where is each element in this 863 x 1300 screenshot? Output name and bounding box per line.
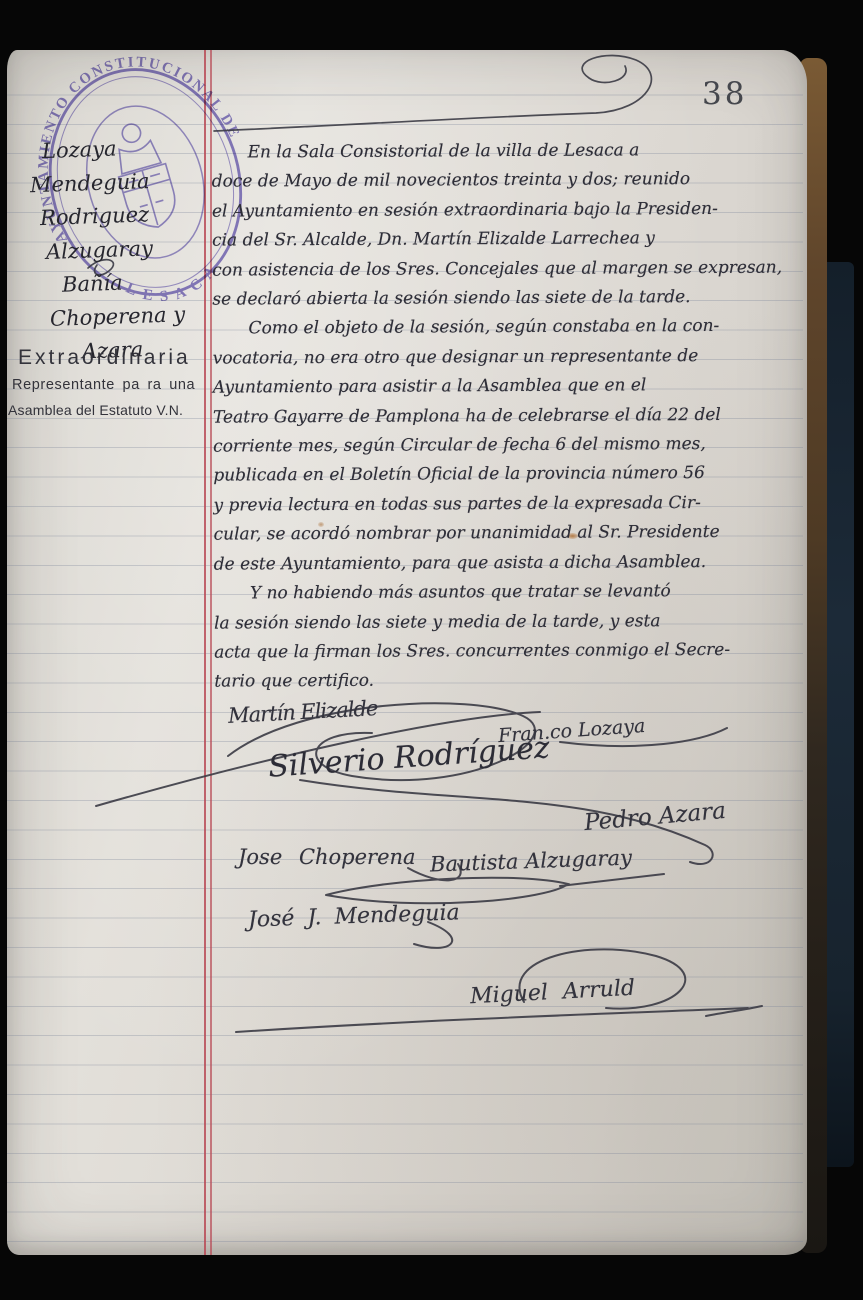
margin-attendee: Bañía (61, 263, 218, 302)
photo-backdrop: AYUNTAMIENTO CONSTITUCIONAL DE LESACA 38 (0, 0, 863, 1300)
body-line: vocatoria, no era otro que designar un r… (213, 341, 813, 374)
body-line: el Ayuntamiento en sesión extraordinaria… (212, 194, 812, 227)
body-line: cia del Sr. Alcalde, Dn. Martín Elizalde… (212, 224, 812, 257)
margin-notes: Extraordinaria Representante pa ra una A… (8, 346, 213, 418)
body-line: publicada en el Boletín Oficial de la pr… (213, 459, 813, 492)
signature-jose-choperena: Jose Choperena (238, 845, 416, 869)
body-line: se declaró abierta la sesión siendo las … (212, 282, 812, 315)
body-line: con asistencia de los Sres. Concejales q… (212, 253, 812, 286)
body-line: Ayuntamiento para asistir a la Asamblea … (213, 371, 813, 404)
body-line: y previa lectura en todas sus partes de … (213, 488, 813, 521)
subject-note-line2: Asamblea del Estatuto V.N. (8, 402, 213, 418)
body-line: corriente mes, según Circular de fecha 6… (213, 429, 813, 462)
body-line: Y no habiendo más asuntos que tratar se … (214, 577, 814, 610)
margin-attendee: Rodriguez (39, 196, 218, 236)
body-line: Teatro Gayarre de Pamplona ha de celebra… (213, 400, 813, 433)
margin-attendee-list: Lozaya Mendeguia Rodriguez Alzugaray Bañ… (28, 132, 218, 367)
session-type-note: Extraordinaria (18, 346, 213, 370)
page-number: 38 (702, 76, 747, 112)
acta-body: En la Sala Consistorial de la villa de L… (212, 135, 815, 697)
body-line: acta que la firman los Sres. concurrente… (214, 635, 814, 668)
body-line: cular, se acordó nombrar por unanimidad … (214, 518, 814, 551)
body-line: tario que certifico. (214, 665, 814, 698)
margin-attendee: Choperena y (49, 297, 218, 336)
body-line: En la Sala Consistorial de la villa de L… (212, 135, 812, 168)
body-line: Como el objeto de la sesión, según const… (212, 312, 812, 345)
body-line: de este Ayuntamiento, para que asista a … (214, 547, 814, 580)
margin-attendee: Alzugaray (45, 230, 218, 269)
body-line: la sesión siendo las siete y media de la… (214, 606, 814, 639)
subject-note-line1: Representante pa ra una (12, 377, 213, 393)
body-line: doce de Mayo de mil novecientos treinta … (212, 165, 812, 198)
